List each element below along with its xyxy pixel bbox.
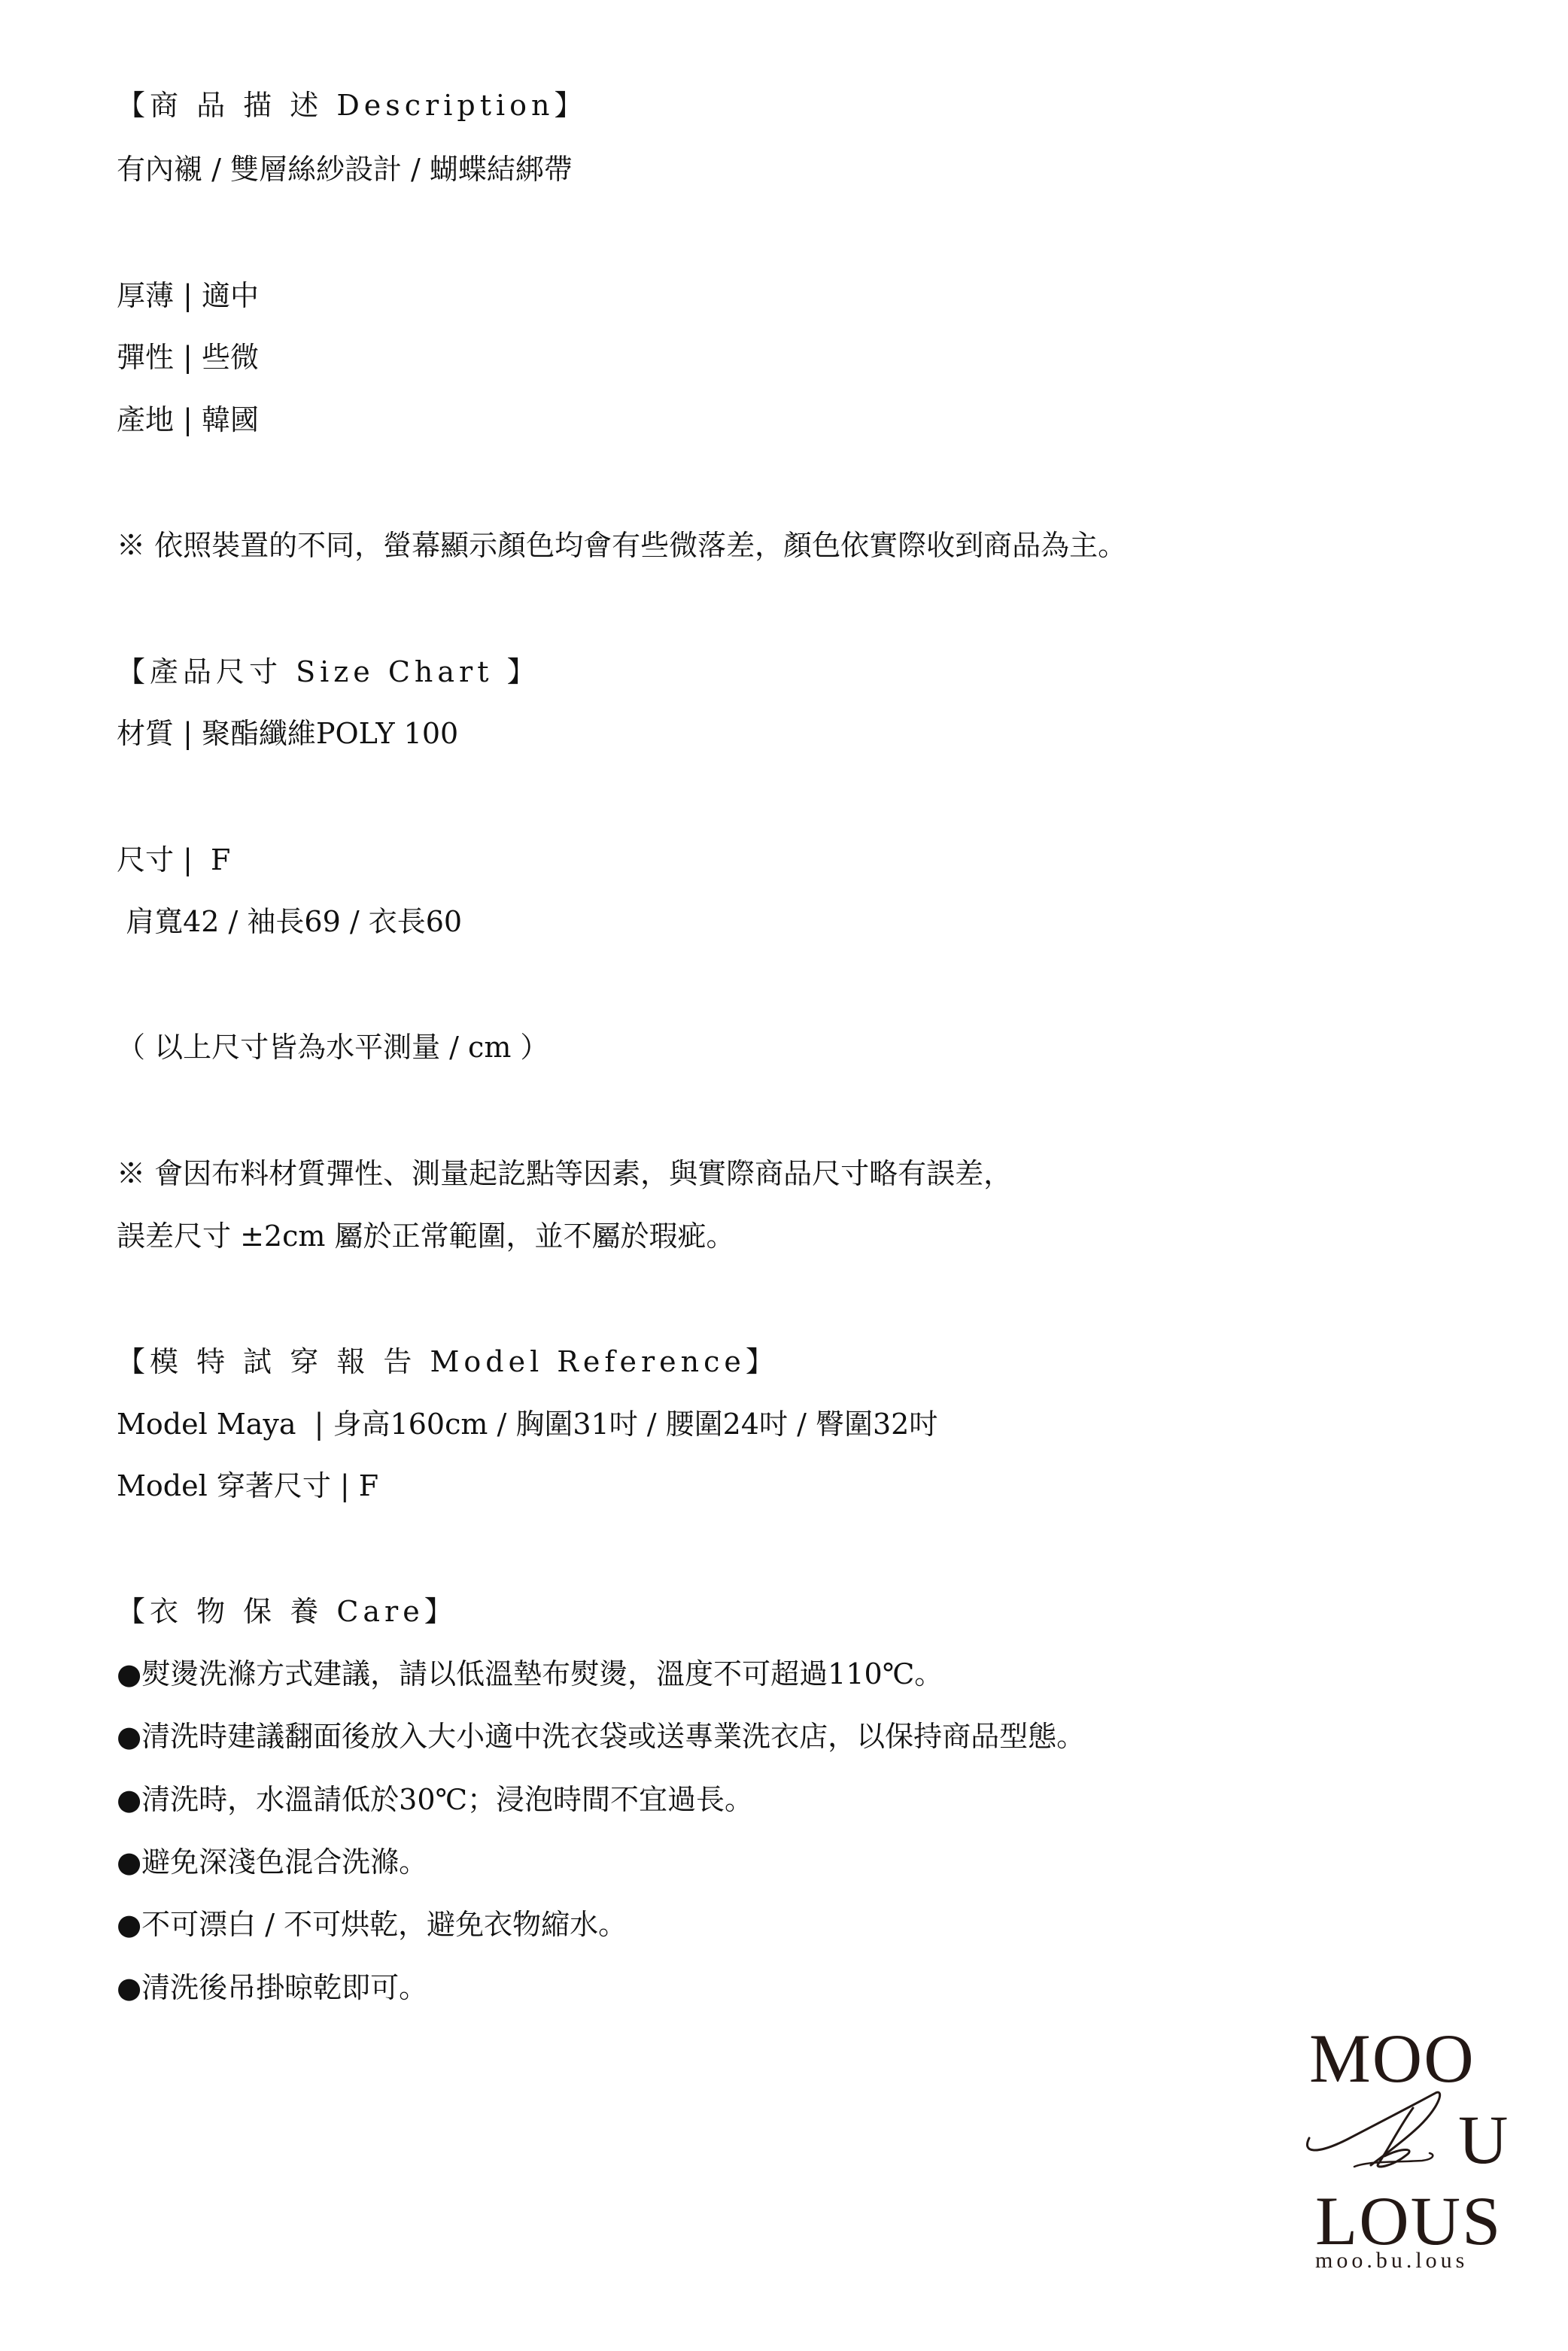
measurements: 肩寬42 / 袖長69 / 衣長60 xyxy=(117,903,462,940)
description-features: 有內襯 / 雙層絲紗設計 / 蝴蝶結綁帶 xyxy=(117,150,573,188)
bu-script-icon xyxy=(1302,2085,1452,2176)
spec-thickness: 厚薄 | 適中 xyxy=(117,277,259,314)
material-spec: 材質 | 聚酯纖維POLY 100 xyxy=(117,715,458,752)
color-disclaimer: ※ 依照裝置的不同，螢幕顯示顏色均會有些微落差，顏色依實際收到商品為主。 xyxy=(117,527,1126,564)
model-size: Model 穿著尺寸 | F xyxy=(117,1467,378,1505)
size-error-note-2: 誤差尺寸 ±2cm 屬於正常範圍，並不屬於瑕疵。 xyxy=(117,1217,735,1255)
size-chart-heading: 【產品尺寸 Size Chart 】 xyxy=(117,653,540,691)
care-item-no-bleach: ●不可漂白 / 不可烘乾，避免衣物縮水。 xyxy=(117,1906,627,1943)
measurement-note: （ 以上尺寸皆為水平測量 / cm ） xyxy=(117,1028,548,1066)
logo-wordmark-moo: MOO xyxy=(1309,2024,1475,2093)
care-item-separate-colors: ●避免深淺色混合洗滌。 xyxy=(117,1843,427,1881)
size-spec: 尺寸 | F xyxy=(117,841,230,879)
spec-origin: 產地 | 韓國 xyxy=(117,401,259,439)
care-item-hang-dry: ●清洗後吊掛晾乾即可。 xyxy=(117,1969,427,2006)
care-item-ironing: ●熨燙洗滌方式建議，請以低溫墊布熨燙，溫度不可超過110℃。 xyxy=(117,1655,943,1693)
care-item-water-temp: ●清洗時，水溫請低於30℃；浸泡時間不宜過長。 xyxy=(117,1781,753,1818)
care-heading: 【衣 物 保 養 Care】 xyxy=(117,1593,457,1630)
logo-wordmark-lous: LOUS xyxy=(1315,2186,1502,2255)
logo-tagline: moo.bu.lous xyxy=(1315,2248,1468,2274)
model-reference-heading: 【模 特 試 穿 報 告 Model Reference】 xyxy=(117,1343,779,1381)
model-stats: Model Maya | 身高160cm / 胸圍31吋 / 腰圍24吋 / 臀… xyxy=(117,1405,937,1443)
care-item-wash-bag: ●清洗時建議翻面後放入大小適中洗衣袋或送專業洗衣店，以保持商品型態。 xyxy=(117,1718,1085,1755)
brand-logo: MOO U LOUS moo.bu.lous xyxy=(1279,2001,1512,2272)
description-heading: 【商 品 描 述 Description】 xyxy=(117,87,587,124)
spec-elasticity: 彈性 | 些微 xyxy=(117,339,259,376)
size-error-note-1: ※ 會因布料材質彈性、測量起訖點等因素，與實際商品尺寸略有誤差， xyxy=(117,1155,1012,1192)
logo-wordmark-u: U xyxy=(1458,2105,1509,2174)
